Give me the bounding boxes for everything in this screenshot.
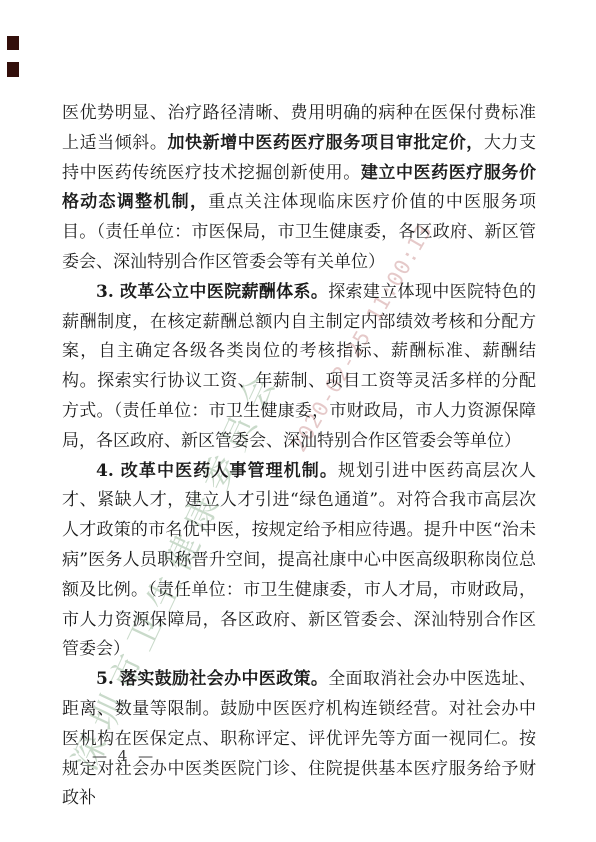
- document-body: 医优势明显、治疗路径清晰、费用明确的病种在医保付费标准上适当倾斜。加快新增中医药…: [62, 99, 536, 814]
- bold-run: 3. 改革公立中医院薪酬体系。: [96, 282, 328, 302]
- page-number: — 4 —: [92, 747, 156, 765]
- bold-run: 5. 落实鼓励社会办中医政策。: [96, 669, 328, 689]
- text-run: 规划引进中医药高层次人才、紧缺人才，建立人才引进“绿色通道”。对符合我市高层次人…: [62, 461, 536, 660]
- paragraph: 5. 落实鼓励社会办中医政策。全面取消社会办中医选址、距离、数量等限制。鼓励中医…: [62, 665, 536, 814]
- paragraph: 4. 改革中医药人事管理机制。规划引进中医药高层次人才、紧缺人才，建立人才引进“…: [62, 457, 536, 666]
- text-run: 全面取消社会办中医选址、距离、数量等限制。鼓励中医医疗机构连锁经营。对社会办中医…: [62, 669, 536, 808]
- scan-mark-square: [7, 62, 19, 77]
- scan-mark-square: [7, 36, 19, 50]
- bold-run: 加快新增中医药医疗服务项目审批定价，: [167, 133, 483, 153]
- paragraph: 医优势明显、治疗路径清晰、费用明确的病种在医保付费标准上适当倾斜。加快新增中医药…: [62, 99, 536, 278]
- paragraph: 3. 改革公立中医院薪酬体系。探索建立体现中医院特色的薪酬制度，在核定薪酬总额内…: [62, 278, 536, 457]
- text-run: 探索建立体现中医院特色的薪酬制度，在核定薪酬总额内自主制定内部绩效考核和分配方案…: [62, 282, 536, 451]
- bold-run: 4. 改革中医药人事管理机制。: [96, 461, 338, 481]
- document-page: 深圳市卫生健康委员会 2020-02-25 11:00:13 医优势明显、治疗路…: [0, 0, 596, 842]
